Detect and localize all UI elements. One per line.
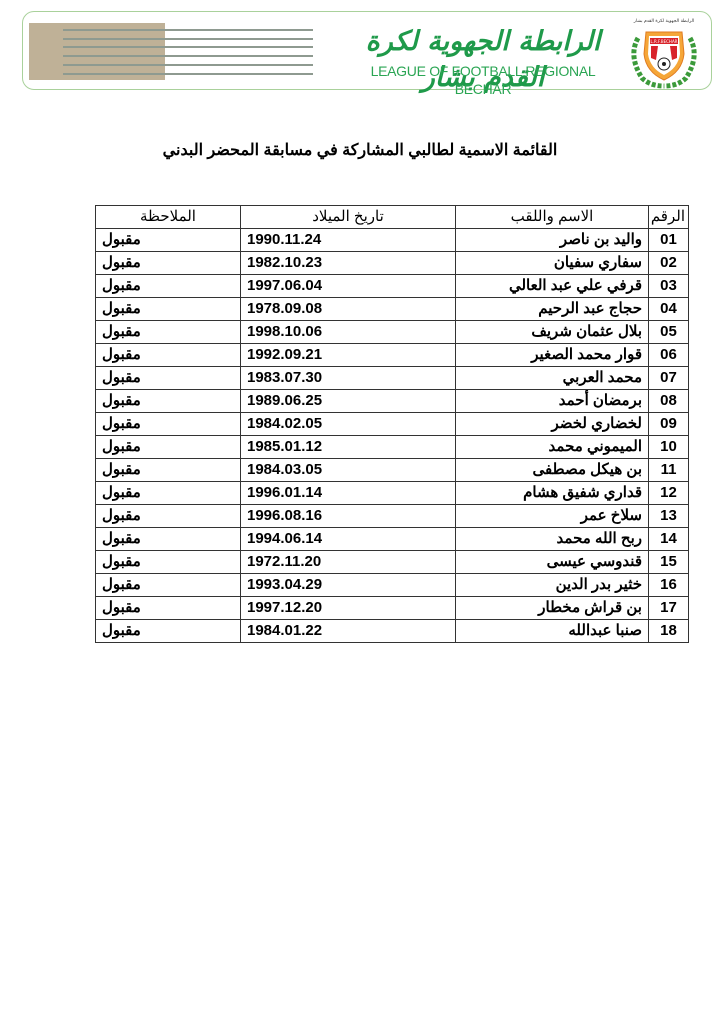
participant-name: محمد العربي [456,367,649,390]
table-row: 01واليد بن ناصر1990.11.24مقبول [96,229,689,252]
birth-date: 1998.10.06 [241,321,456,344]
decorative-line [63,64,313,66]
column-header-note: الملاحظة [96,206,241,229]
row-number: 09 [649,413,689,436]
birth-date: 1993.04.29 [241,574,456,597]
status-note: مقبول [96,620,241,643]
row-number: 06 [649,344,689,367]
participants-table: الرقم الاسم واللقب تاريخ الميلاد الملاحظ… [95,205,689,643]
birth-date: 1992.09.21 [241,344,456,367]
birth-date: 1983.07.30 [241,367,456,390]
column-header-birth-date: تاريخ الميلاد [241,206,456,229]
row-number: 17 [649,597,689,620]
table-row: 12قداري شفيق هشام1996.01.14مقبول [96,482,689,505]
table-row: 08برمضان أحمد1989.06.25مقبول [96,390,689,413]
birth-date: 1997.12.20 [241,597,456,620]
document-title: القائمة الاسمية لطالبي المشاركة في مسابق… [100,140,620,160]
birth-date: 1984.02.05 [241,413,456,436]
row-number: 07 [649,367,689,390]
status-note: مقبول [96,482,241,505]
table-header-row: الرقم الاسم واللقب تاريخ الميلاد الملاحظ… [96,206,689,229]
letterhead-banner: الرابطة الجهوية لكرة القدم بشار LEAGUE O… [22,11,712,90]
participant-name: صنبا عبدالله [456,620,649,643]
participant-name: بن قراش مخطار [456,597,649,620]
status-note: مقبول [96,413,241,436]
table-row: 02سفاري سفيان1982.10.23مقبول [96,252,689,275]
participant-name: قرفي علي عبد العالي [456,275,649,298]
table-row: 14ربح الله محمد1994.06.14مقبول [96,528,689,551]
league-name-english: LEAGUE OF FOOTBALL REGIONAL BECHAR [353,62,613,98]
participant-name: واليد بن ناصر [456,229,649,252]
birth-date: 1984.03.05 [241,459,456,482]
status-note: مقبول [96,344,241,367]
status-note: مقبول [96,321,241,344]
table-row: 05بلال عثمان شريف1998.10.06مقبول [96,321,689,344]
table-row: 15قندوسي عيسى1972.11.20مقبول [96,551,689,574]
participant-name: بن هيكل مصطفى [456,459,649,482]
row-number: 10 [649,436,689,459]
row-number: 02 [649,252,689,275]
row-number: 13 [649,505,689,528]
birth-date: 1996.01.14 [241,482,456,505]
birth-date: 1985.01.12 [241,436,456,459]
table-row: 03قرفي علي عبد العالي1997.06.04مقبول [96,275,689,298]
table-row: 07محمد العربي1983.07.30مقبول [96,367,689,390]
birth-date: 1978.09.08 [241,298,456,321]
status-note: مقبول [96,459,241,482]
status-note: مقبول [96,229,241,252]
birth-date: 1994.06.14 [241,528,456,551]
decorative-line [63,38,313,40]
participant-name: قوار محمد الصغير [456,344,649,367]
row-number: 15 [649,551,689,574]
row-number: 16 [649,574,689,597]
status-note: مقبول [96,298,241,321]
row-number: 05 [649,321,689,344]
row-number: 04 [649,298,689,321]
status-note: مقبول [96,436,241,459]
decorative-line [63,46,313,48]
participant-name: قندوسي عيسى [456,551,649,574]
status-note: مقبول [96,367,241,390]
row-number: 01 [649,229,689,252]
participant-name: بلال عثمان شريف [456,321,649,344]
participant-name: حجاج عبد الرحيم [456,298,649,321]
table-row: 13سلاخ عمر1996.08.16مقبول [96,505,689,528]
birth-date: 1989.06.25 [241,390,456,413]
row-number: 11 [649,459,689,482]
decorative-tan-block [29,23,165,80]
participant-name: ربح الله محمد [456,528,649,551]
status-note: مقبول [96,252,241,275]
birth-date: 1990.11.24 [241,229,456,252]
participant-name: سلاخ عمر [456,505,649,528]
svg-text:الرابطة الجهوية لكرة القدم بشا: الرابطة الجهوية لكرة القدم بشار [633,18,695,24]
participant-name: سفاري سفيان [456,252,649,275]
participant-name: الميموني محمد [456,436,649,459]
table-row: 17بن قراش مخطار1997.12.20مقبول [96,597,689,620]
status-note: مقبول [96,551,241,574]
row-number: 12 [649,482,689,505]
table-row: 09لخضاري لخضر1984.02.05مقبول [96,413,689,436]
status-note: مقبول [96,528,241,551]
status-note: مقبول [96,390,241,413]
decorative-line [63,55,313,57]
participant-name: برمضان أحمد [456,390,649,413]
league-logo-icon: الرابطة الجهوية لكرة القدم بشار L.R.F.BE… [620,16,708,88]
participant-name: قداري شفيق هشام [456,482,649,505]
table-row: 16خثير بدر الدين1993.04.29مقبول [96,574,689,597]
decorative-line [63,73,313,75]
participant-name: خثير بدر الدين [456,574,649,597]
table-row: 18صنبا عبدالله1984.01.22مقبول [96,620,689,643]
table-row: 06قوار محمد الصغير1992.09.21مقبول [96,344,689,367]
column-header-name: الاسم واللقب [456,206,649,229]
table-row: 11بن هيكل مصطفى1984.03.05مقبول [96,459,689,482]
participant-name: لخضاري لخضر [456,413,649,436]
table-row: 10الميموني محمد1985.01.12مقبول [96,436,689,459]
column-header-number: الرقم [649,206,689,229]
status-note: مقبول [96,505,241,528]
table-row: 04حجاج عبد الرحيم1978.09.08مقبول [96,298,689,321]
svg-text:L.R.F.BECHAR: L.R.F.BECHAR [651,39,678,44]
status-note: مقبول [96,597,241,620]
birth-date: 1982.10.23 [241,252,456,275]
decorative-line [63,29,313,31]
birth-date: 1997.06.04 [241,275,456,298]
row-number: 08 [649,390,689,413]
status-note: مقبول [96,574,241,597]
row-number: 03 [649,275,689,298]
birth-date: 1984.01.22 [241,620,456,643]
status-note: مقبول [96,275,241,298]
birth-date: 1972.11.20 [241,551,456,574]
birth-date: 1996.08.16 [241,505,456,528]
row-number: 18 [649,620,689,643]
row-number: 14 [649,528,689,551]
